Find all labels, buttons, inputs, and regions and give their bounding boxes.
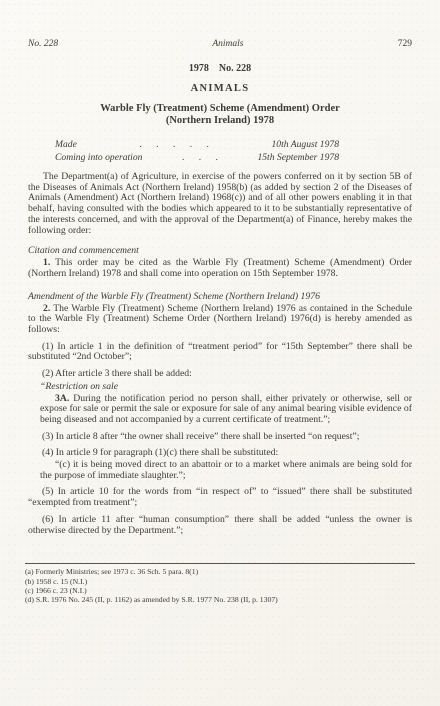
page-content: No. 228 Animals 729 1978 No. 228 ANIMALS… — [28, 38, 412, 604]
made-label: Made — [55, 138, 77, 151]
coming-into-operation-date: 15th September 1978 — [257, 151, 339, 164]
amendment-item-4: (4) In article 9 for paragraph (1)(c) th… — [28, 448, 412, 459]
amendment-item-6: (6) In article 11 after “human consumpti… — [28, 515, 412, 536]
amendment-item-3: (3) In article 8 after “the owner shall … — [28, 432, 412, 443]
article-3a-number: 3A. — [55, 393, 69, 404]
article-3a-text: During the notification period no person… — [40, 393, 412, 425]
amendment-intro-text: The Warble Fly (Treatment) Scheme (North… — [28, 303, 412, 335]
restriction-on-sale-heading: “Restriction on sale — [40, 382, 412, 393]
footnote-a: (a) Formerly Ministries; see 1973 c. 36 … — [25, 567, 412, 576]
running-header-rule-number: No. 228 — [28, 38, 58, 50]
footnote-d: (d) S.R. 1976 No. 245 (II, p. 1162) as a… — [25, 595, 412, 604]
citation-section-heading: Citation and commencement — [28, 245, 412, 256]
amendment-item-1: (1) In article 1 in the definition of “t… — [28, 342, 412, 363]
article-3a-paragraph: 3A. During the notification period no pe… — [40, 394, 412, 426]
running-header-subject: Animals — [212, 38, 243, 50]
made-date: 10th August 1978 — [271, 138, 339, 151]
running-header: No. 228 Animals 729 — [28, 38, 412, 50]
amendment-item-2: (2) After article 3 there shall be added… — [28, 369, 412, 380]
amendment-item-4-quote: “(c) it is being moved direct to an abat… — [40, 460, 412, 481]
coming-dot-leader: . . . — [142, 151, 257, 164]
preamble-paragraph: The Department(a) of Agriculture, in exe… — [28, 172, 412, 236]
order-title: Warble Fly (Treatment) Scheme (Amendment… — [28, 103, 412, 127]
footnote-b: (b) 1958 c. 15 (N.I.) — [25, 577, 412, 586]
order-title-line2: (Northern Ireland) 1978 — [28, 115, 412, 127]
citation-text: This order may be cited as the Warble Fl… — [28, 257, 412, 279]
footnote-c: (c) 1966 c. 23 (N.I.) — [25, 586, 412, 595]
order-number-heading: 1978 No. 228 — [28, 63, 412, 74]
coming-into-operation-label: Coming into operation — [55, 151, 142, 164]
subject-heading: ANIMALS — [28, 83, 412, 94]
amendment-item-5: (5) In article 10 for the words from “in… — [28, 487, 412, 508]
citation-paragraph: 1. This order may be cited as the Warble… — [28, 258, 412, 279]
amendment-intro-paragraph: 2. The Warble Fly (Treatment) Scheme (No… — [28, 304, 412, 336]
coming-into-operation-row: Coming into operation . . . 15th Septemb… — [55, 151, 339, 164]
running-header-page-number: 729 — [398, 38, 412, 50]
dates-block: Made . . . . . 10th August 1978 Coming i… — [55, 138, 339, 164]
made-row: Made . . . . . 10th August 1978 — [55, 138, 339, 151]
footnotes-block: (a) Formerly Ministries; see 1973 c. 36 … — [25, 567, 412, 604]
order-title-line1: Warble Fly (Treatment) Scheme (Amendment… — [28, 103, 412, 115]
amendment-section-heading: Amendment of the Warble Fly (Treatment) … — [28, 291, 412, 302]
document-page: No. 228 Animals 729 1978 No. 228 ANIMALS… — [0, 0, 440, 706]
made-dot-leader: . . . . . — [77, 138, 272, 151]
footnote-divider — [25, 563, 415, 564]
